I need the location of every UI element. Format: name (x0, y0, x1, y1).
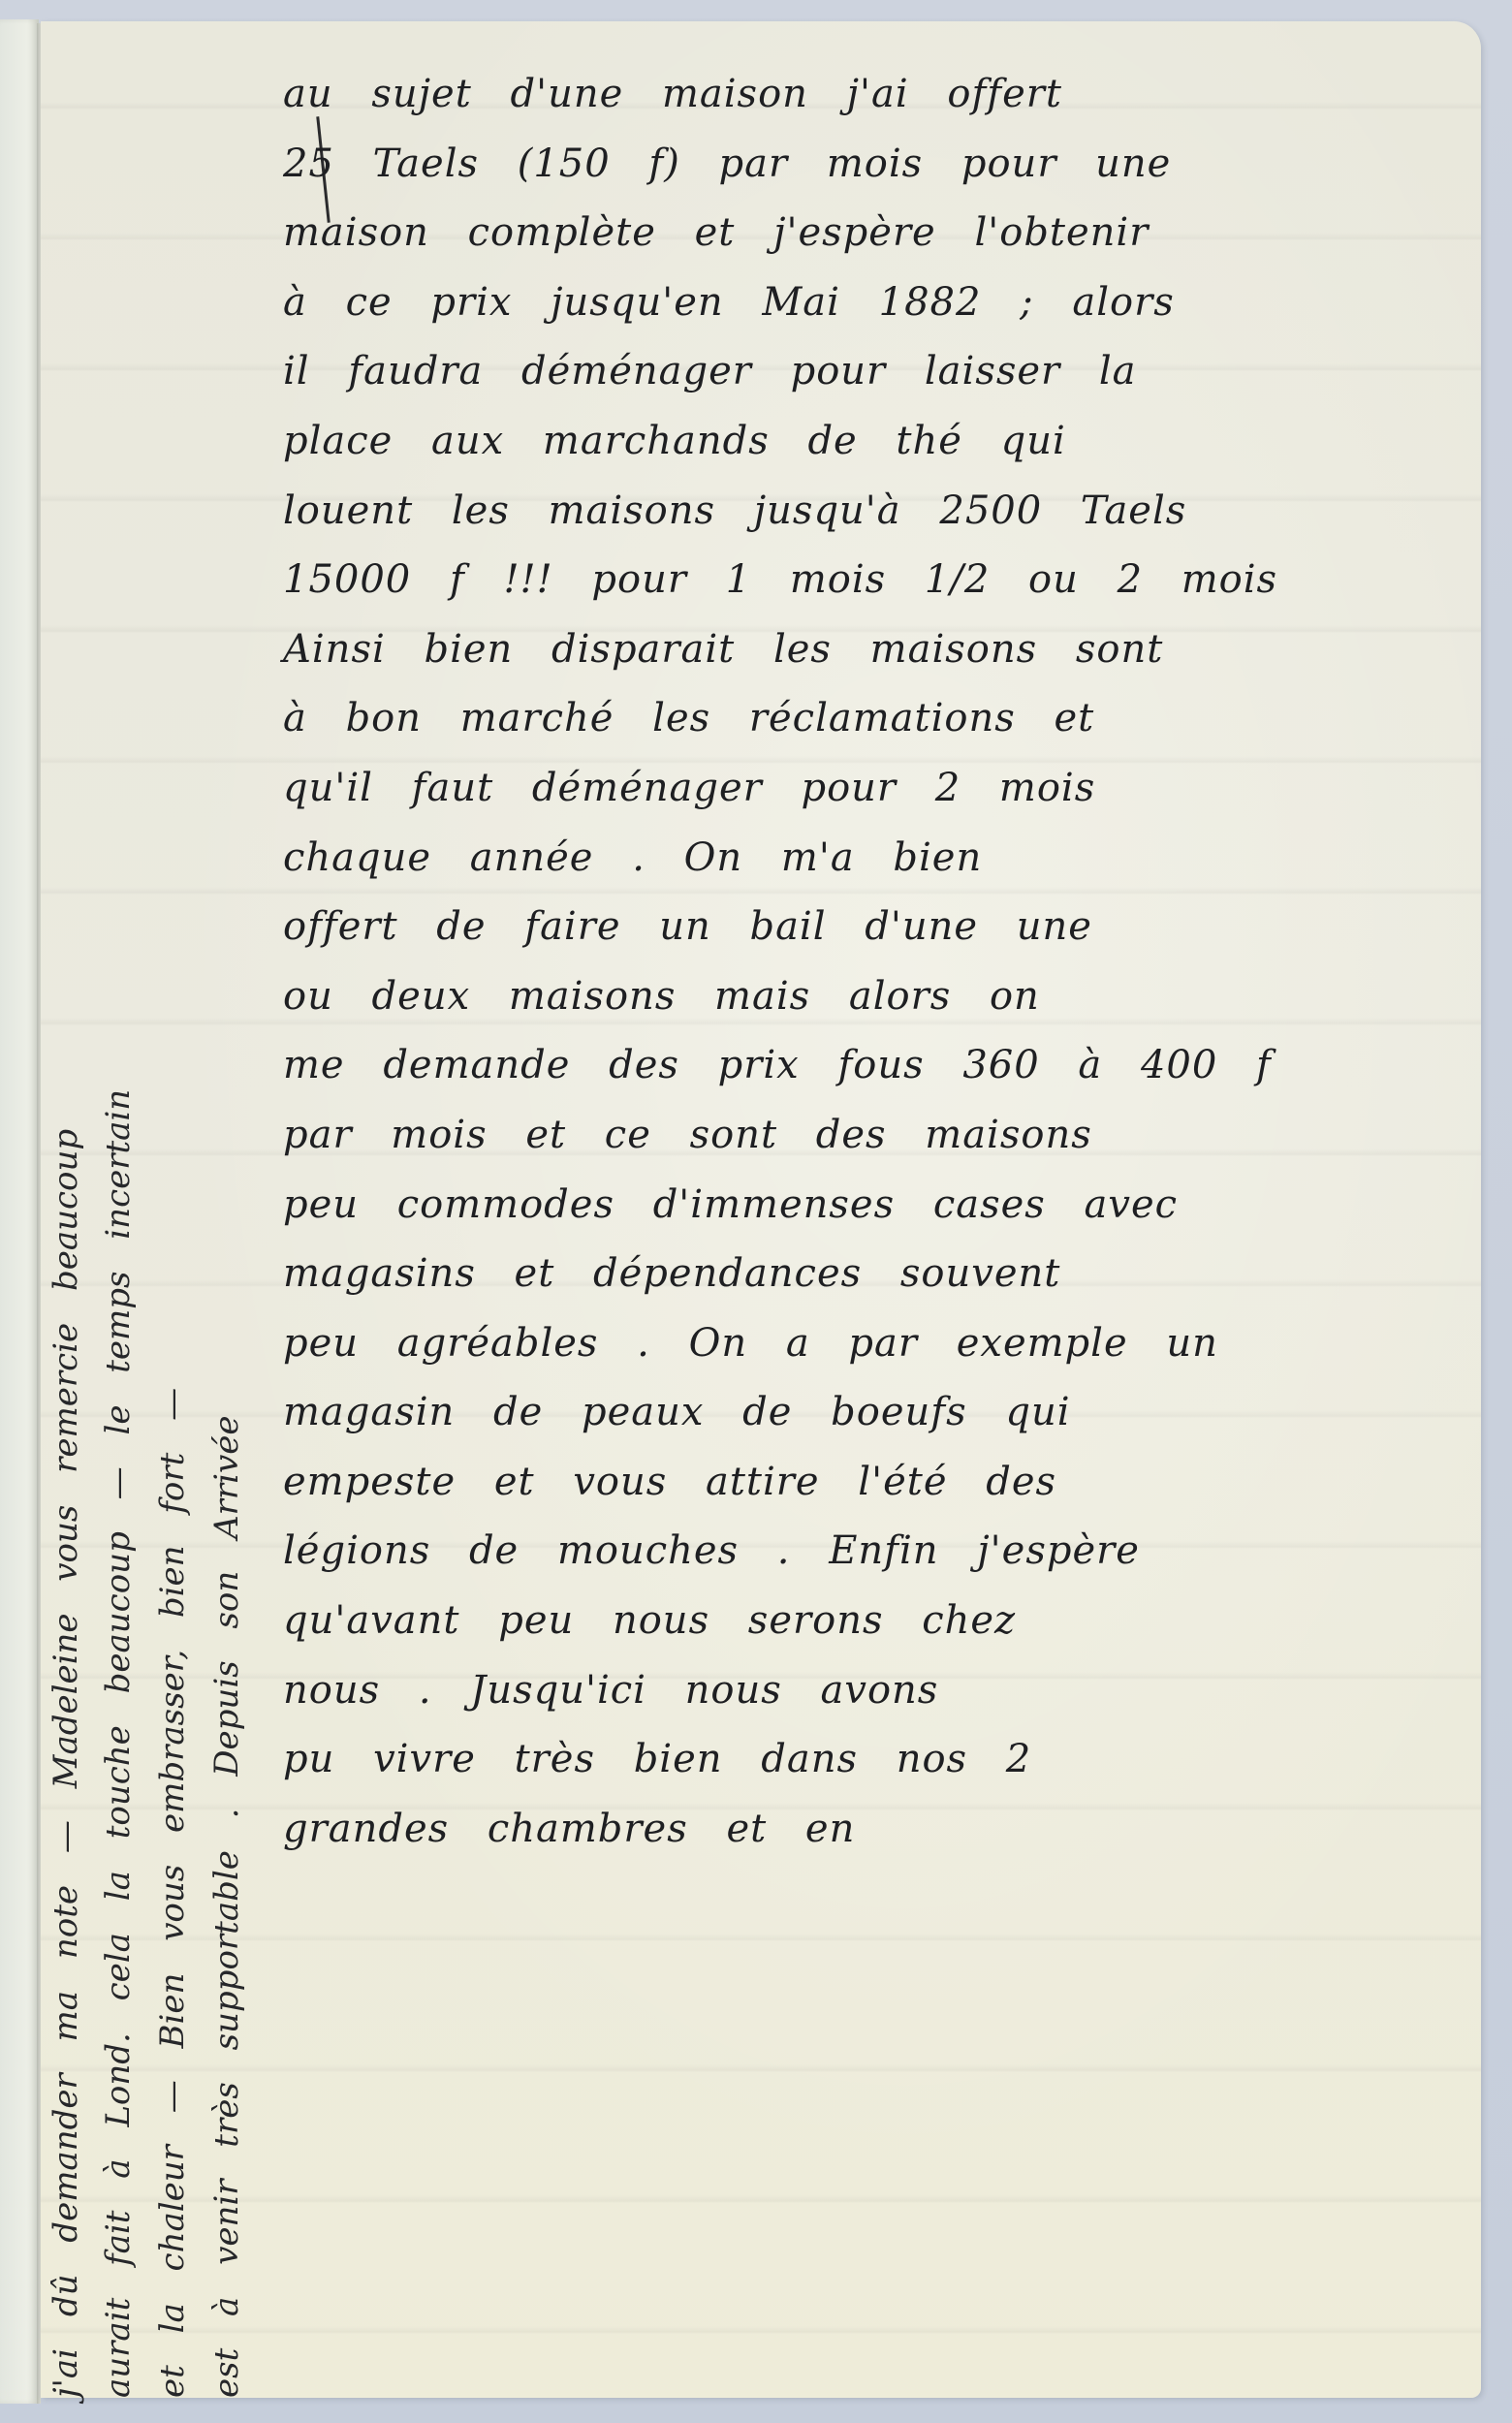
text-line: nous . Jusqu'ici nous avons (283, 1656, 1475, 1726)
margin-text: j'ai dû demander ma note — Madeleine vou… (47, 1129, 85, 2398)
margin-text: aurait fait à Lond. cela la touche beauc… (99, 1089, 138, 2398)
margin-column-2: aurait fait à Lond. cela la touche beauc… (87, 21, 149, 2398)
text-line: à ce prix jusqu'en Mai 1882 ; alors (283, 268, 1475, 338)
letter-body: au sujet d'une maison j'ai offert 25 Tae… (283, 60, 1475, 1864)
text-line: qu'il faut déménager pour 2 mois (283, 754, 1475, 824)
text-line: à bon marché les réclamations et (283, 684, 1475, 754)
text-line: pu vivre très bien dans nos 2 (283, 1725, 1475, 1795)
text-line: me demande des prix fous 360 à 400 f (283, 1031, 1475, 1101)
text-line: 25 Taels (150 f) par mois pour une (283, 130, 1475, 200)
text-line: magasins et dépendances souvent (283, 1240, 1475, 1309)
text-line: peu agréables . On a par exemple un (283, 1309, 1475, 1379)
text-line: empeste et vous attire l'été des (283, 1448, 1475, 1518)
text-line: place aux marchands de thé qui (283, 407, 1475, 477)
adjacent-page-edge (0, 19, 39, 2404)
text-line: 15000 f !!! pour 1 mois 1/2 ou 2 mois (283, 546, 1475, 615)
margin-text: est à venir très supportable . Depuis so… (207, 1416, 246, 2398)
text-line: Ainsi bien disparait les maisons sont (283, 615, 1475, 685)
text-line: chaque année . On m'a bien (283, 824, 1475, 894)
margin-column-4: est à venir très supportable . Depuis so… (196, 21, 258, 2398)
text-line: au sujet d'une maison j'ai offert (283, 60, 1475, 130)
text-line: qu'avant peu nous serons chez (283, 1587, 1475, 1656)
letter-sheet: j'ai dû demander ma note — Madeleine vou… (41, 21, 1481, 2398)
margin-text: et la chaleur — Bien vous embrasser, bie… (153, 1388, 192, 2398)
text-line: ou deux maisons mais alors on (283, 962, 1475, 1032)
margin-column-3: et la chaleur — Bien vous embrasser, bie… (142, 21, 204, 2398)
text-line: grandes chambres et en (283, 1795, 1475, 1865)
document-viewer: j'ai dû demander ma note — Madeleine vou… (0, 0, 1512, 2423)
text-line: par mois et ce sont des maisons (283, 1101, 1475, 1171)
text-line: il faudra déménager pour laisser la (283, 337, 1475, 407)
text-line: offert de faire un bail d'une une (283, 893, 1475, 962)
text-line: magasin de peaux de boeufs qui (283, 1378, 1475, 1448)
text-line: peu commodes d'immenses cases avec (283, 1171, 1475, 1241)
text-line: légions de mouches . Enfin j'espère (283, 1517, 1475, 1587)
text-line: maison complète et j'espère l'obtenir (283, 199, 1475, 268)
text-line: louent les maisons jusqu'à 2500 Taels (283, 477, 1475, 547)
